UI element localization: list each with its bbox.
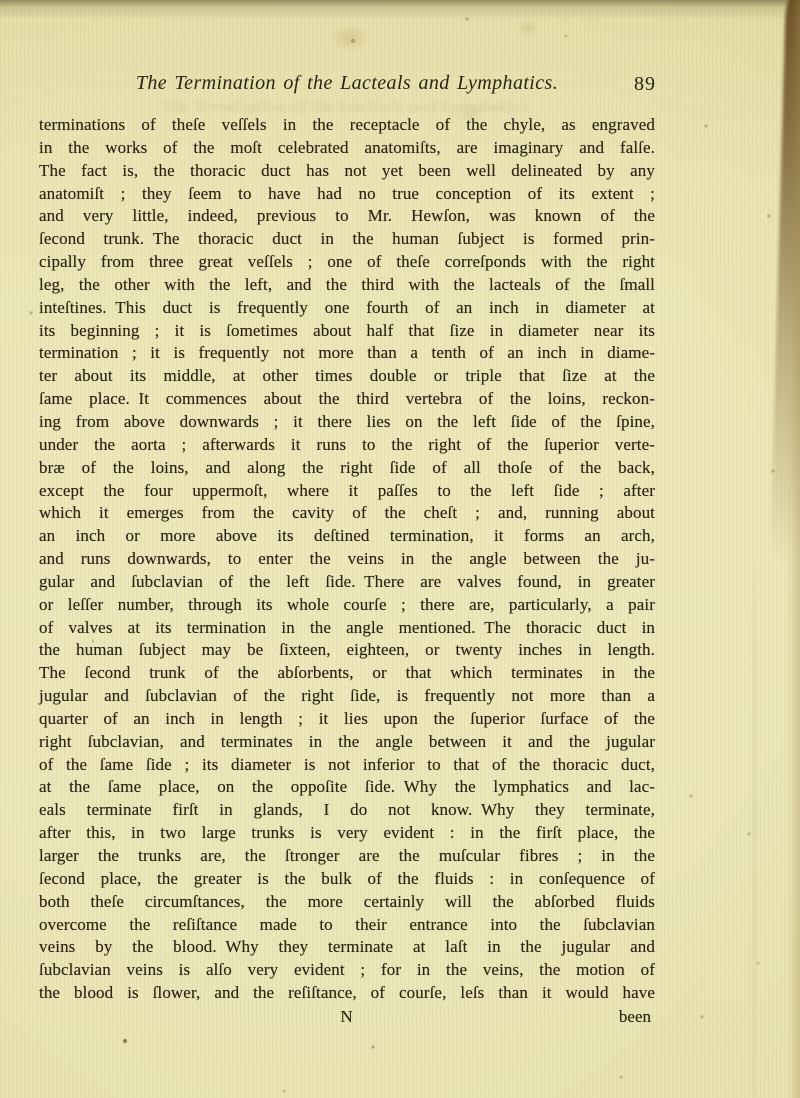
text-line-32: after this, in two large trunks is very … <box>39 822 655 845</box>
signature-line: N been <box>39 1005 655 1028</box>
text-line-34: ſecond place, the greater is the bulk of… <box>39 868 655 891</box>
text-line-39: the blood is ſlower, and the reſiſtance,… <box>39 982 655 1005</box>
text-line-27: quarter of an inch in length ; it lies u… <box>39 708 655 731</box>
text-line-7: cipally from three great veſſels ; one o… <box>39 251 655 274</box>
text-line-20: and runs downwards, to enter the veins i… <box>39 548 655 571</box>
text-line-23: of valves at its termination in the angl… <box>39 617 655 640</box>
text-line-26: jugular and ſubclavian of the right ſide… <box>39 685 655 708</box>
text-line-28: right ſubclavian, and terminates in the … <box>39 731 655 754</box>
page-top-shadow <box>0 0 800 22</box>
text-line-14: ing from above downwards ; it there lies… <box>39 411 655 434</box>
text-line-36: overcome the reſiſtance made to their en… <box>39 914 655 937</box>
signature-mark: N <box>39 1005 655 1028</box>
text-line-37: veins by the blood. Why they terminate a… <box>39 936 655 959</box>
running-header: The Termination of the Lacteals and Lymp… <box>39 72 655 98</box>
page-title: The Termination of the Lacteals and Lymp… <box>39 72 655 95</box>
text-line-6: ſecond trunk. The thoracic duct in the h… <box>39 228 655 251</box>
text-line-15: under the aorta ; afterwards it runs to … <box>39 434 655 457</box>
text-line-35: both theſe circumſtances, the more certa… <box>39 891 655 914</box>
foxing-specks <box>0 0 2 2</box>
text-line-13: ſame place. It commences about the third… <box>39 388 655 411</box>
paper-crease <box>753 520 756 1098</box>
page-edge-shadow <box>770 0 800 566</box>
text-line-5: and very little, indeed, previous to Mr.… <box>39 205 655 228</box>
text-line-33: larger the trunks are, the ſtronger are … <box>39 845 655 868</box>
text-line-4: anatomiſt ; they ſeem to have had no tru… <box>39 183 655 206</box>
text-line-29: of the ſame ſide ; its diameter is not i… <box>39 754 655 777</box>
text-line-21: gular and ſubclavian of the left ſide. T… <box>39 571 655 594</box>
book-page-scan: The Termination of the Lacteals and Lymp… <box>0 0 800 1098</box>
text-line-31: eals terminate firſt in glands, I do not… <box>39 799 655 822</box>
text-line-2: in the works of the moſt celebrated anat… <box>39 137 655 160</box>
text-line-8: leg, the other with the left, and the th… <box>39 274 655 297</box>
text-line-25: The ſecond trunk of the abſorbents, or t… <box>39 662 655 685</box>
text-line-38: ſubclavian veins is alſo very evident ; … <box>39 959 655 982</box>
text-line-30: at the ſame place, on the oppoſite ſide.… <box>39 776 655 799</box>
text-line-10: its beginning ; it is ſometimes about ha… <box>39 320 655 343</box>
text-line-1: terminations of theſe veſſels in the rec… <box>39 114 655 137</box>
catchword: been <box>619 1005 651 1028</box>
text-line-12: ter about its middle, at other times dou… <box>39 365 655 388</box>
text-line-24: the human ſubject may be ſixteen, eighte… <box>39 639 655 662</box>
page-right-edge <box>786 0 800 1098</box>
text-line-18: which it emerges from the cavity of the … <box>39 502 655 525</box>
text-line-11: termination ; it is frequently not more … <box>39 342 655 365</box>
body-text-block: terminations of theſe veſſels in the rec… <box>39 114 655 1005</box>
text-line-16: bræ of the loins, and along the right ſi… <box>39 457 655 480</box>
text-line-22: or leſſer number, through its whole cour… <box>39 594 655 617</box>
page-number: 89 <box>634 73 656 96</box>
text-line-17: except the four uppermoſt, where it paſſ… <box>39 480 655 503</box>
text-line-19: an inch or more above its deſtined termi… <box>39 525 655 548</box>
text-line-3: The fact is, the thoracic duct has not y… <box>39 160 655 183</box>
text-line-9: inteſtines. This duct is frequently one … <box>39 297 655 320</box>
